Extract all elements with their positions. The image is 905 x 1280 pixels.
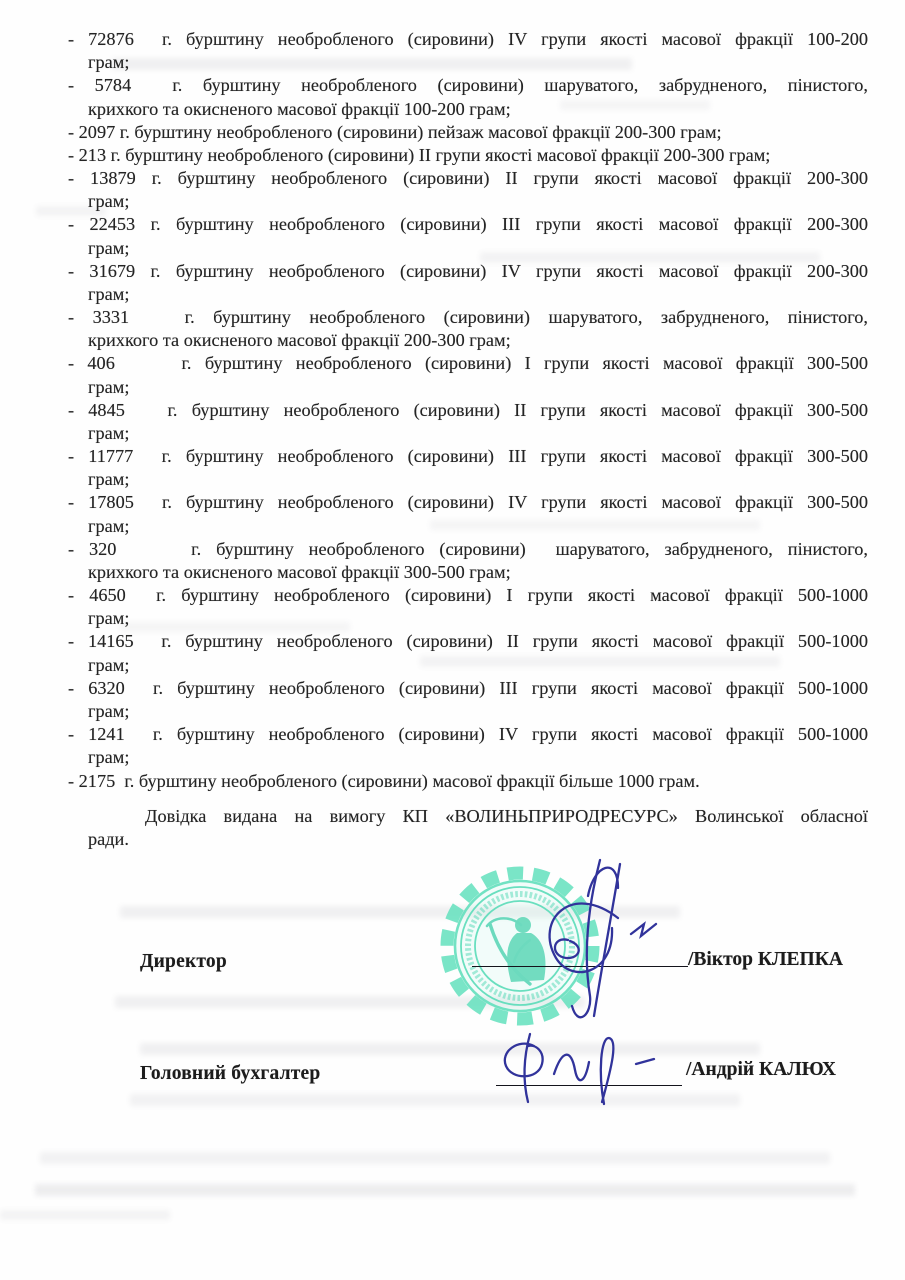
amber-inventory-list: - 72876 г. бурштину необробленого (сиров… [68, 28, 868, 793]
list-line: крихкого та окисненого масової фракції 2… [68, 329, 888, 352]
list-line: - 4845 г. бурштину необробленого (сирови… [68, 399, 868, 422]
list-line: - 406 г. бурштину необробленого (сировин… [68, 352, 868, 375]
list-line: грам; [68, 654, 888, 677]
accountant-name: /Андрій КАЛЮХ [686, 1059, 836, 1081]
list-line: грам; [68, 746, 888, 769]
list-line: - 213 г. бурштину необробленого (сировин… [68, 144, 868, 167]
list-line: - 2175 г. бурштину необробленого (сирови… [68, 770, 868, 793]
list-line: - 6320 г. бурштину необробленого (сирови… [68, 677, 868, 700]
bleed-through-artifact [40, 1152, 830, 1164]
bleed-through-artifact [0, 1210, 170, 1220]
list-line: - 13879 г. бурштину необробленого (сиров… [68, 167, 868, 190]
list-line: - 320 г. бурштину необробленого (сировин… [68, 538, 868, 561]
list-line: - 17805 г. бурштину необробленого (сиров… [68, 491, 868, 514]
list-line: крихкого та окисненого масової фракції 3… [68, 561, 888, 584]
director-title: Директор [140, 951, 227, 973]
list-line: - 22453 г. бурштину необробленого (сиров… [68, 213, 868, 236]
issuance-note: Довідка видана на вимогу КП «ВОЛИНЬПРИРО… [88, 805, 868, 851]
list-line: - 2097 г. бурштину необробленого (сирови… [68, 121, 868, 144]
list-line: грам; [68, 515, 888, 538]
list-line: грам; [68, 468, 888, 491]
list-line: грам; [68, 700, 888, 723]
list-line: грам; [68, 422, 888, 445]
list-line: грам; [68, 283, 888, 306]
list-line: грам; [68, 607, 888, 630]
list-line: - 5784 г. бурштину необробленого (сирови… [68, 74, 868, 97]
list-line: крихкого та окисненого масової фракції 1… [68, 98, 888, 121]
list-line: - 11777 г. бурштину необробленого (сиров… [68, 445, 868, 468]
accountant-title: Головний бухгалтер [140, 1063, 320, 1085]
document-page: - 72876 г. бурштину необробленого (сиров… [0, 0, 905, 1280]
bleed-through-artifact [35, 1184, 855, 1196]
note-line: ради. [88, 828, 868, 851]
list-line: грам; [68, 190, 888, 213]
list-line: - 4650 г. бурштину необробленого (сирови… [68, 584, 868, 607]
list-line: - 31679 г. бурштину необробленого (сиров… [68, 260, 868, 283]
director-name: /Віктор КЛЕПКА [688, 949, 843, 971]
list-line: грам; [68, 51, 888, 74]
list-line: - 72876 г. бурштину необробленого (сиров… [68, 28, 868, 51]
note-line: Довідка видана на вимогу КП «ВОЛИНЬПРИРО… [88, 805, 868, 828]
director-signature [528, 854, 678, 1034]
list-line: - 1241 г. бурштину необробленого (сирови… [68, 723, 868, 746]
list-line: грам; [68, 376, 888, 399]
list-line: - 3331 г. бурштину необробленого (сирови… [68, 306, 868, 329]
list-line: - 14165 г. бурштину необробленого (сиров… [68, 630, 868, 653]
list-line: грам; [68, 237, 888, 260]
accountant-signature [490, 1028, 680, 1110]
